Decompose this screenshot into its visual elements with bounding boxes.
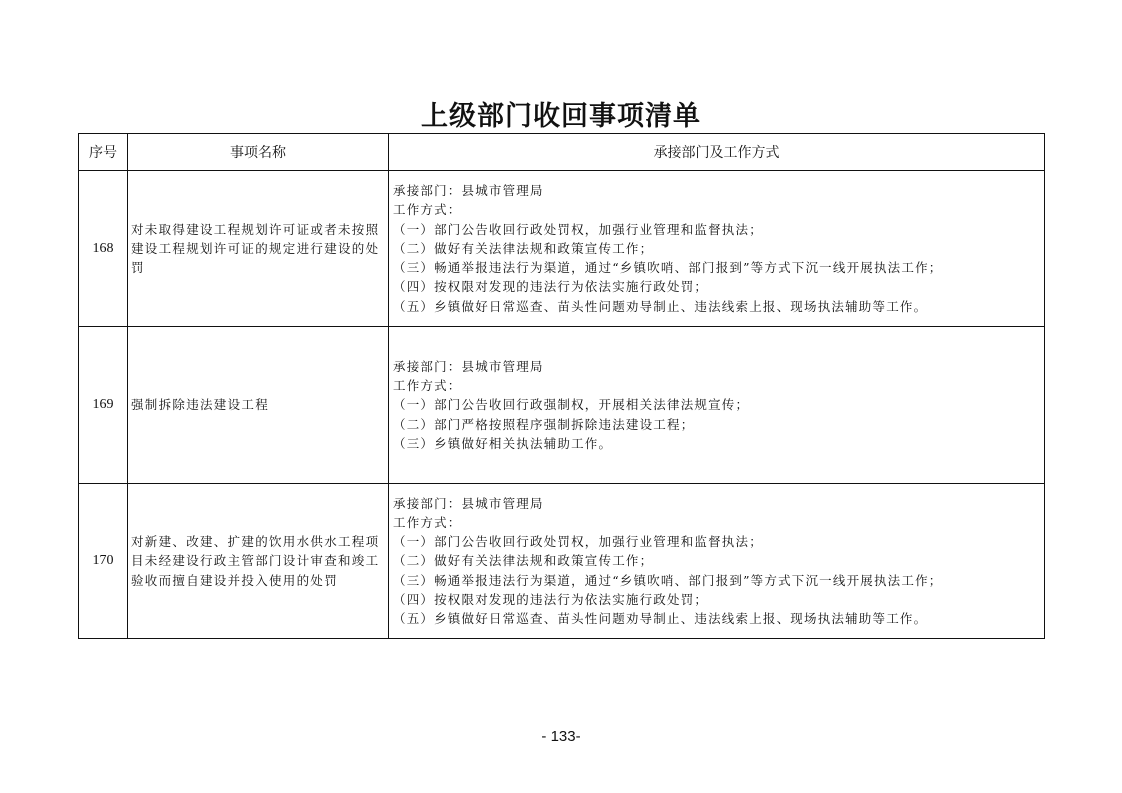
row-index: 168 <box>79 171 128 327</box>
method-line: 工作方式： <box>393 376 1040 395</box>
method-line: （二）做好有关法律法规和政策宣传工作； <box>393 551 1040 570</box>
method-line: （二）部门严格按照程序强制拆除违法建设工程； <box>393 415 1040 434</box>
method-line: （一）部门公告收回行政处罚权，加强行业管理和监督执法； <box>393 532 1040 551</box>
row-index: 169 <box>79 327 128 484</box>
method-line: 工作方式： <box>393 200 1040 219</box>
row-department-method: 承接部门：县城市管理局 工作方式： （一）部门公告收回行政处罚权，加强行业管理和… <box>389 484 1045 639</box>
header-department-method: 承接部门及工作方式 <box>389 134 1045 171</box>
items-table: 序号 事项名称 承接部门及工作方式 168 对未取得建设工程规划许可证或者未按照… <box>78 133 1045 639</box>
row-department-method: 承接部门：县城市管理局 工作方式： （一）部门公告收回行政强制权，开展相关法律法… <box>389 327 1045 484</box>
method-line: （一）部门公告收回行政处罚权，加强行业管理和监督执法； <box>393 220 1040 239</box>
row-index: 170 <box>79 484 128 639</box>
method-line: （四）按权限对发现的违法行为依法实施行政处罚； <box>393 277 1040 296</box>
method-line: （三）畅通举报违法行为渠道，通过“乡镇吹哨、部门报到”等方式下沉一线开展执法工作… <box>393 571 1040 590</box>
method-line: 工作方式： <box>393 513 1040 532</box>
method-line: 承接部门：县城市管理局 <box>393 357 1040 376</box>
table-row: 168 对未取得建设工程规划许可证或者未按照建设工程规划许可证的规定进行建设的处… <box>79 171 1045 327</box>
method-line: （五）乡镇做好日常巡查、苗头性问题劝导制止、违法线索上报、现场执法辅助等工作。 <box>393 609 1040 628</box>
row-department-method: 承接部门：县城市管理局 工作方式： （一）部门公告收回行政处罚权，加强行业管理和… <box>389 171 1045 327</box>
header-item-name: 事项名称 <box>128 134 389 171</box>
table-row: 170 对新建、改建、扩建的饮用水供水工程项目未经建设行政主管部门设计审查和竣工… <box>79 484 1045 639</box>
method-line: 承接部门：县城市管理局 <box>393 181 1040 200</box>
method-line: （四）按权限对发现的违法行为依法实施行政处罚； <box>393 590 1040 609</box>
method-line: 承接部门：县城市管理局 <box>393 494 1040 513</box>
method-line: （三）畅通举报违法行为渠道，通过“乡镇吹哨、部门报到”等方式下沉一线开展执法工作… <box>393 258 1040 277</box>
page-number: - 133- <box>0 728 1122 745</box>
table-header-row: 序号 事项名称 承接部门及工作方式 <box>79 134 1045 171</box>
method-line: （五）乡镇做好日常巡查、苗头性问题劝导制止、违法线索上报、现场执法辅助等工作。 <box>393 297 1040 316</box>
method-line: （二）做好有关法律法规和政策宣传工作； <box>393 239 1040 258</box>
method-line: （一）部门公告收回行政强制权，开展相关法律法规宣传； <box>393 395 1040 414</box>
row-item-name: 对未取得建设工程规划许可证或者未按照建设工程规划许可证的规定进行建设的处罚 <box>128 171 389 327</box>
row-item-name: 对新建、改建、扩建的饮用水供水工程项目未经建设行政主管部门设计审查和竣工验收而擅… <box>128 484 389 639</box>
row-item-name: 强制拆除违法建设工程 <box>128 327 389 484</box>
page-title: 上级部门收回事项清单 <box>0 94 1122 133</box>
method-line: （三）乡镇做好相关执法辅助工作。 <box>393 434 1040 453</box>
header-index: 序号 <box>79 134 128 171</box>
table-row: 169 强制拆除违法建设工程 承接部门：县城市管理局 工作方式： （一）部门公告… <box>79 327 1045 484</box>
